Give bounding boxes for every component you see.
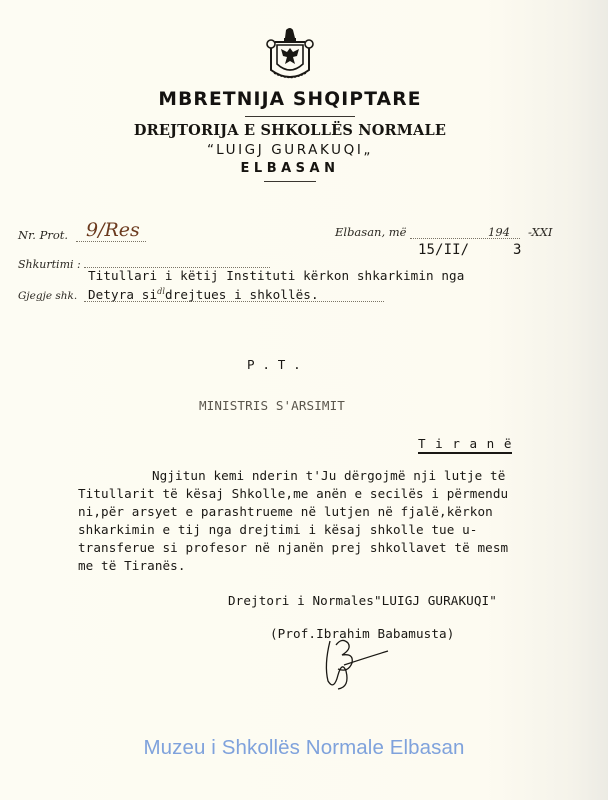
body-line: ni,për arsyet e parashtrueme në lutjen n… (78, 504, 493, 519)
summary-line-2: Detyra sidldrejtues i shkollës. (88, 287, 319, 302)
era-suffix: -XXI (528, 225, 552, 239)
recipient-city-text: T i r a n ë (418, 436, 512, 454)
coat-of-arms-icon (262, 26, 318, 84)
summary-line-2-end: drejtues i shkollës. (165, 287, 319, 302)
letter-body: Ngjitun kemi nderin t'Ju dërgojmë nji lu… (78, 468, 598, 588)
closing-title: Drejtori i Normales"LUIGJ GURAKUQI" (228, 593, 497, 608)
date-typed: 15/II/ (418, 242, 469, 258)
body-line: shkarkimin e tij nga drejtimi i kësaj sh… (78, 522, 477, 537)
summary-label: Shkurtimi : (18, 258, 81, 271)
document-page: MBRETNIJA SHQIPTARE DREJTORIJA E SHKOLLË… (0, 0, 608, 800)
year-prefix: 194 (488, 225, 510, 239)
divider-ornament (264, 181, 316, 182)
handwritten-insert: dl (157, 287, 165, 296)
protocol-number-handwritten: 9/Res (86, 219, 140, 241)
body-line: Titullarit të kësaj Shkolle,me anën e se… (78, 486, 508, 501)
school-name-heading: “LUIGJ GURAKUQI„ (0, 142, 580, 158)
directorate-heading: DREJTORIJA E SHKOLLËS NORMALE (0, 122, 580, 139)
body-line: me të Tiranës. (78, 558, 186, 573)
city-heading: ELBASAN (0, 161, 580, 176)
year-digit: 3 (513, 242, 522, 258)
attachment-label: Gjegje shk. (18, 290, 77, 302)
recipient-city: T i r a n ë (418, 436, 512, 451)
divider-ornament (245, 116, 355, 117)
kingdom-heading: MBRETNIJA SHQIPTARE (6, 88, 574, 110)
body-line: Ngjitun kemi nderin t'Ju dërgojmë nji lu… (152, 468, 505, 483)
museum-watermark: Muzeu i Shkollës Normale Elbasan (0, 736, 608, 760)
summary-line-2-start: Detyra si (88, 287, 157, 302)
summary-line-1: Titullari i këtij Instituti kërkon shkar… (88, 268, 464, 283)
ministry-name: MINISTRIS S'ARSIMIT (199, 398, 345, 413)
body-line: transferue si profesor në njanën prej sh… (78, 540, 508, 555)
salutation: P . T . (247, 357, 301, 372)
protocol-dotline (76, 241, 146, 242)
protocol-label: Nr. Prot. (18, 228, 68, 242)
signature-icon (308, 635, 418, 695)
place-label: Elbasan, më (335, 225, 406, 239)
